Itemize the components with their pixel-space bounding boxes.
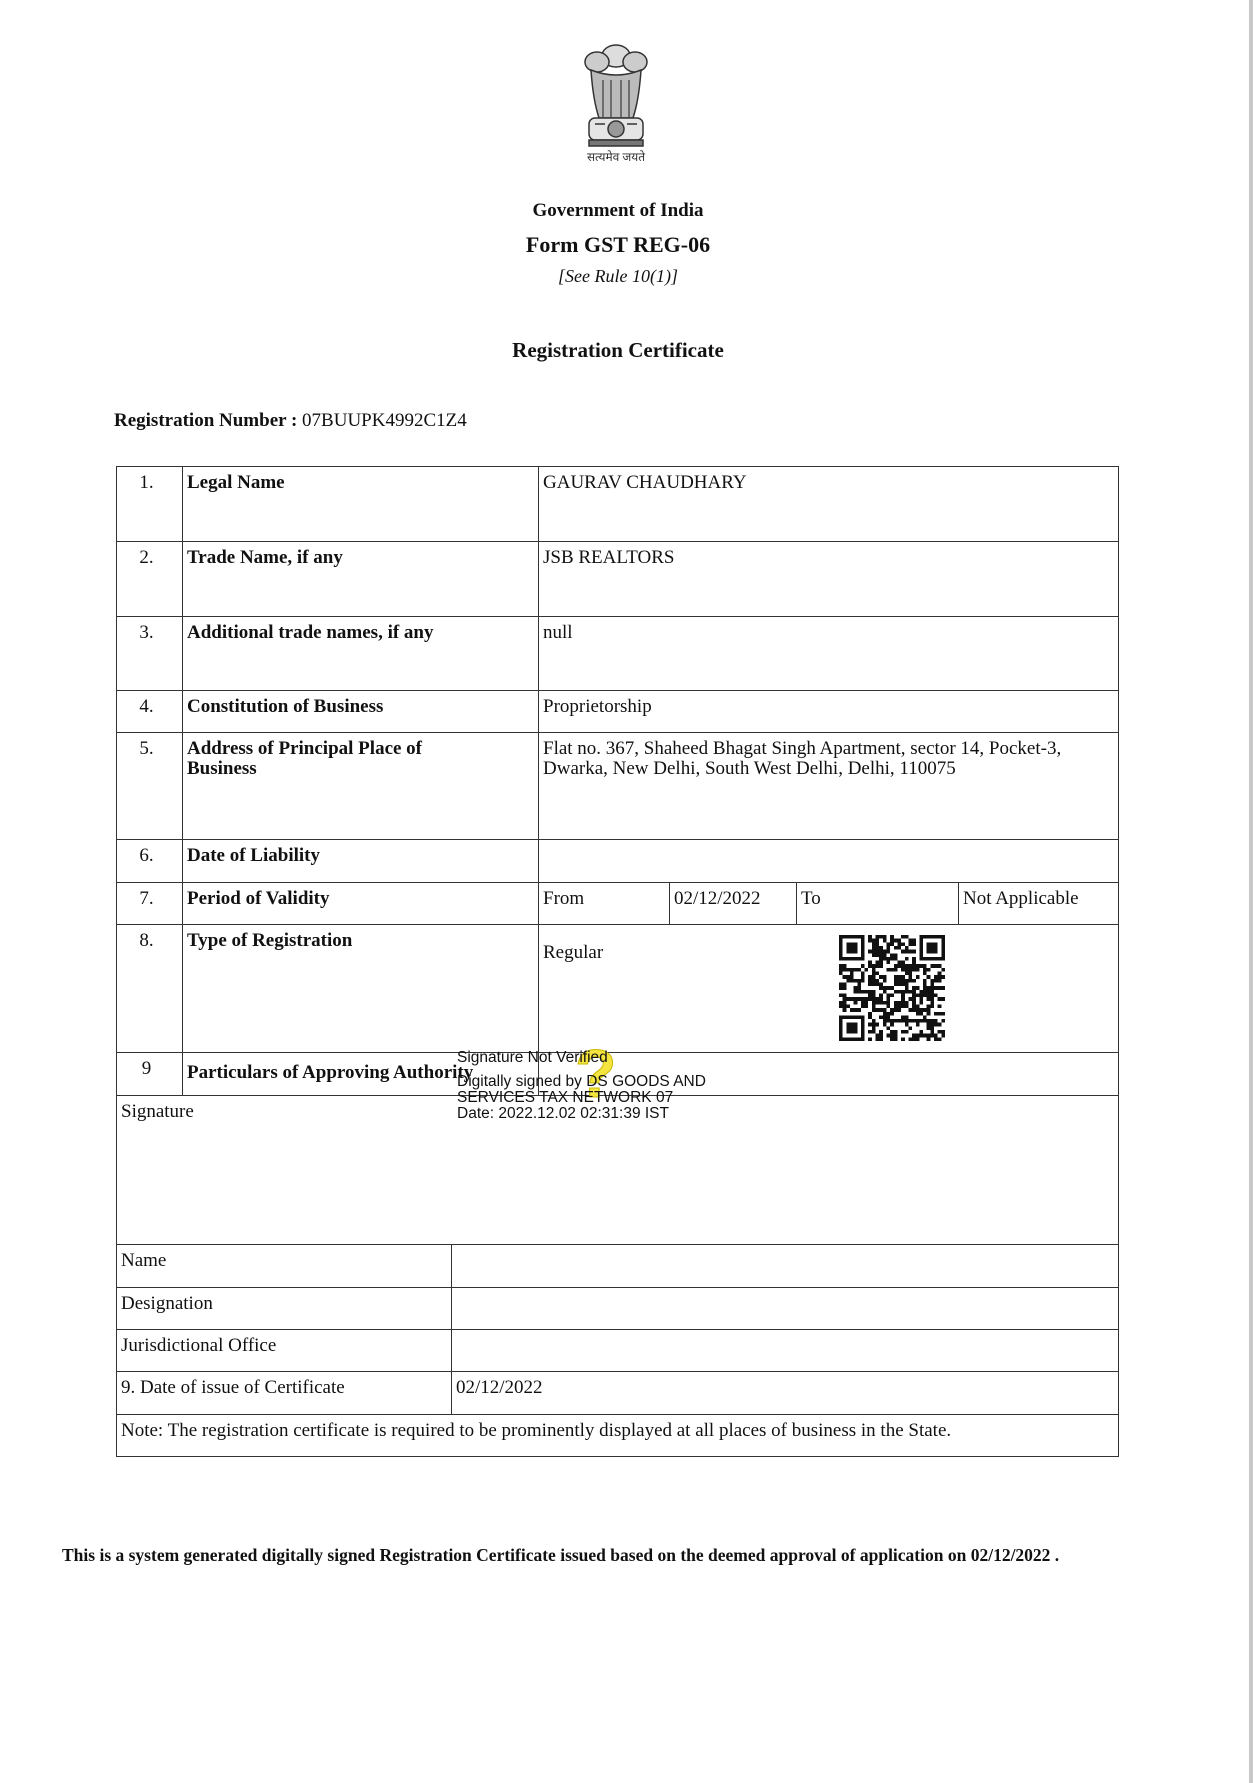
- row-number: 1.: [116, 466, 183, 542]
- row-number: 4.: [116, 690, 183, 733]
- row-number: 8.: [116, 924, 183, 1053]
- jurisdictional-office-label: Jurisdictional Office: [116, 1329, 452, 1372]
- registration-type-value: Regular: [538, 924, 1119, 1053]
- row-number: 7.: [116, 882, 183, 925]
- motto: सत्यमेव जयते: [560, 148, 672, 165]
- qr-code-icon: [839, 935, 945, 1041]
- signer-org-line: SERVICES TAX NETWORK 07: [457, 1090, 706, 1106]
- rule-reference: [See Rule 10(1)]: [0, 266, 1236, 287]
- page-edge: [1249, 0, 1253, 1783]
- registration-type-label: Type of Registration: [182, 924, 539, 1053]
- validity-label: Period of Validity: [182, 882, 539, 925]
- validity-to-label: To: [796, 882, 959, 925]
- address-value: Flat no. 367, Shaheed Bhagat Singh Apart…: [538, 732, 1119, 840]
- date-of-liability-value: [538, 839, 1119, 883]
- trade-name-label: Trade Name, if any: [182, 541, 539, 617]
- validity-from-label: From: [538, 882, 670, 925]
- signature-status: Signature Not Verified: [457, 1050, 706, 1066]
- jurisdictional-office-value: [451, 1329, 1119, 1372]
- row-number: 5.: [116, 732, 183, 840]
- additional-trade-names-value: null: [538, 616, 1119, 691]
- row-number: 3.: [116, 616, 183, 691]
- row-number: 6.: [116, 839, 183, 883]
- digital-signature-block[interactable]: Signature Not Verified Digitally signed …: [457, 1050, 706, 1122]
- government-heading: Government of India: [0, 200, 1236, 222]
- name-value: [451, 1244, 1119, 1288]
- additional-trade-names-label: Additional trade names, if any: [182, 616, 539, 691]
- signed-by-line: Digitally signed by DS GOODS AND: [457, 1074, 706, 1090]
- date-of-liability-label: Date of Liability: [182, 839, 539, 883]
- issue-date-value: 02/12/2022: [451, 1371, 1119, 1415]
- row-number: 9: [116, 1052, 183, 1096]
- registration-number-value: 07BUUPK4992C1Z4: [302, 410, 467, 431]
- designation-value: [451, 1287, 1119, 1330]
- trade-name-value: JSB REALTORS: [538, 541, 1119, 617]
- constitution-label: Constitution of Business: [182, 690, 539, 733]
- validity-to-value: Not Applicable: [958, 882, 1119, 925]
- form-title: Form GST REG-06: [0, 232, 1236, 258]
- constitution-value: Proprietorship: [538, 690, 1119, 733]
- registration-number: Registration Number : 07BUUPK4992C1Z4: [114, 410, 467, 432]
- address-label: Address of Principal Place of Business: [182, 732, 539, 840]
- legal-name-label: Legal Name: [182, 466, 539, 542]
- signature-date-line: Date: 2022.12.02 02:31:39 IST: [457, 1106, 706, 1122]
- designation-label: Designation: [116, 1287, 452, 1330]
- registration-number-label: Registration Number :: [114, 410, 297, 431]
- display-note: Note: The registration certificate is re…: [116, 1414, 1119, 1457]
- issue-date-label: 9. Date of issue of Certificate: [116, 1371, 452, 1415]
- system-generated-footer: This is a system generated digitally sig…: [62, 1545, 1059, 1566]
- name-label: Name: [116, 1244, 452, 1288]
- document-title: Registration Certificate: [0, 338, 1236, 363]
- validity-from-value: 02/12/2022: [669, 882, 797, 925]
- legal-name-value: GAURAV CHAUDHARY: [538, 466, 1119, 542]
- row-number: 2.: [116, 541, 183, 617]
